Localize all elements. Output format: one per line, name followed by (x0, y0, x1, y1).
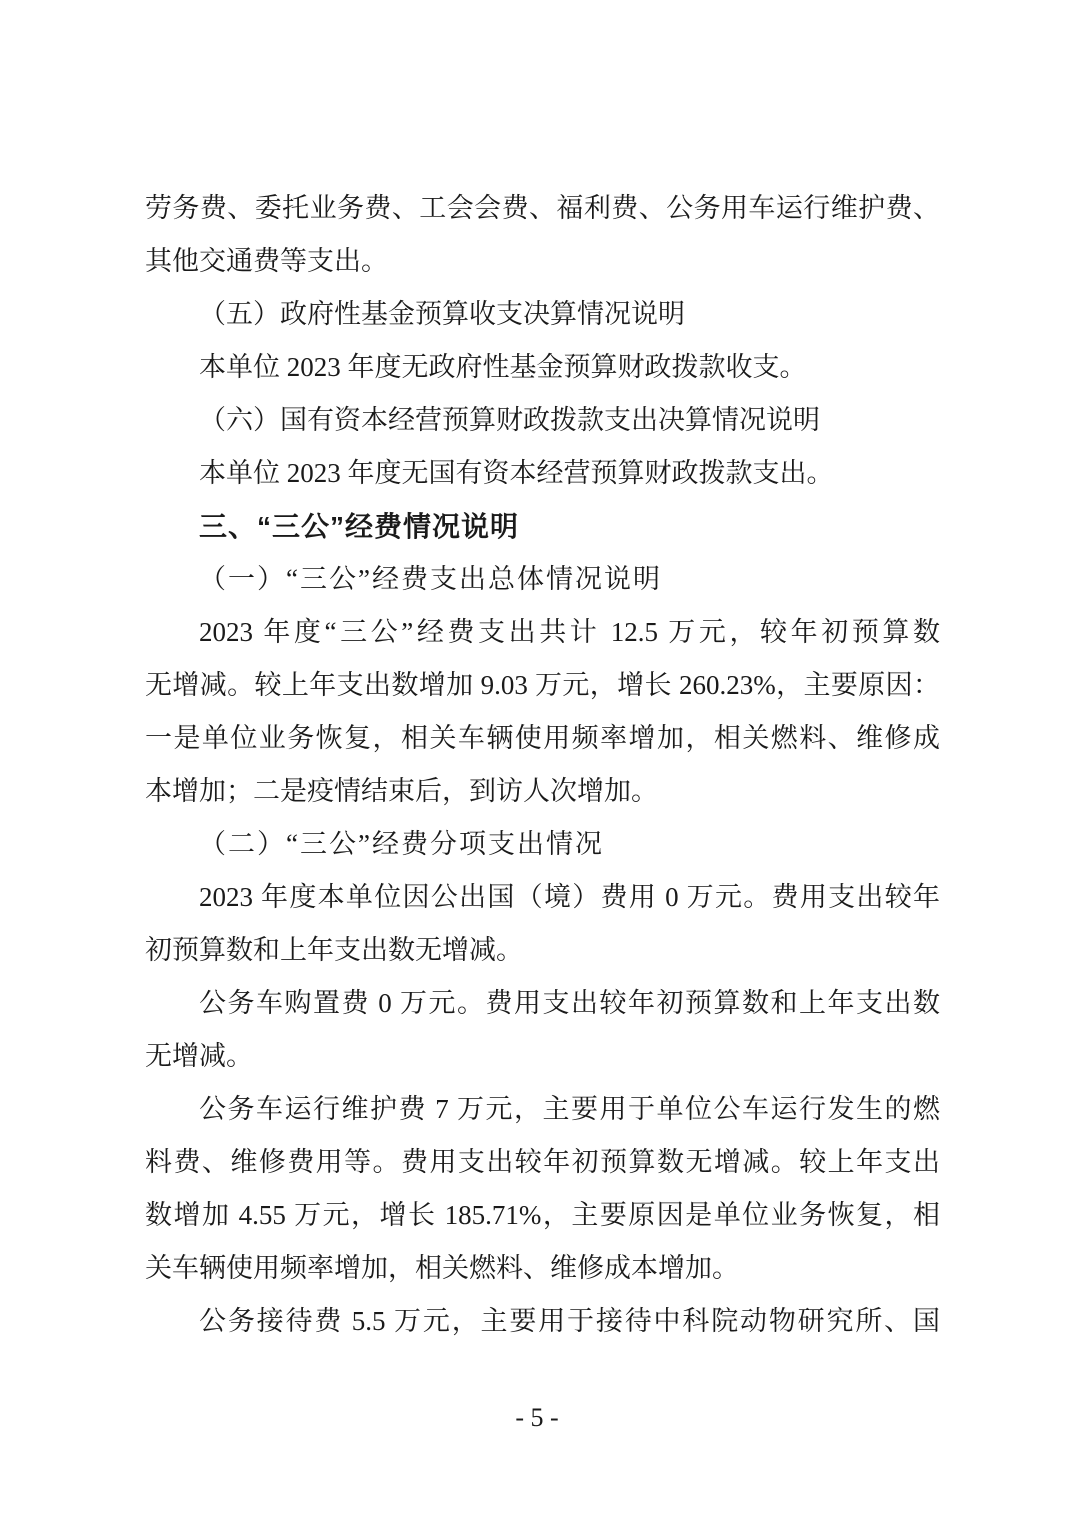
text-line: 本增加；二是疫情结束后，到访人次增加。 (145, 765, 940, 818)
text-line: 公务接待费 5.5 万元，主要用于接待中科院动物研究所、国 (145, 1295, 940, 1348)
text-line: （六）国有资本经营预算财政拨款支出决算情况说明 (145, 394, 940, 447)
page-number: - 5 - (515, 1403, 558, 1432)
text-line: 初预算数和上年支出数无增减。 (145, 924, 940, 977)
text-line: 公务车运行维护费 7 万元，主要用于单位公车运行发生的燃 (145, 1083, 940, 1136)
text-line: 公务车购置费 0 万元。费用支出较年初预算数和上年支出数 (145, 977, 940, 1030)
text-line: （一）“三公”经费支出总体情况说明 (145, 553, 940, 606)
text-line: 无增减。 (145, 1030, 940, 1083)
text-line: 数增加 4.55 万元，增长 185.71%，主要原因是单位业务恢复，相 (145, 1189, 940, 1242)
text-line: （五）政府性基金预算收支决算情况说明 (145, 288, 940, 341)
text-line: 劳务费、委托业务费、工会会费、福利费、公务用车运行维护费、 (145, 182, 940, 235)
document-text-block: 劳务费、委托业务费、工会会费、福利费、公务用车运行维护费、其他交通费等支出。（五… (145, 182, 940, 1348)
text-line: 2023 年度本单位因公出国（境）费用 0 万元。费用支出较年 (145, 871, 940, 924)
text-line: 关车辆使用频率增加，相关燃料、维修成本增加。 (145, 1242, 940, 1295)
text-line: 本单位 2023 年度无政府性基金预算财政拨款收支。 (145, 341, 940, 394)
page-footer: - 5 - (0, 1398, 1074, 1438)
text-line: 料费、维修费用等。费用支出较年初预算数无增减。较上年支出 (145, 1136, 940, 1189)
text-line: 2023 年度“三公”经费支出共计 12.5 万元，较年初预算数 (145, 606, 940, 659)
text-line: （二）“三公”经费分项支出情况 (145, 818, 940, 871)
text-line: 无增减。较上年支出数增加 9.03 万元，增长 260.23%，主要原因： (145, 659, 940, 712)
text-line: 其他交通费等支出。 (145, 235, 940, 288)
text-line: 本单位 2023 年度无国有资本经营预算财政拨款支出。 (145, 447, 940, 500)
document-page: 劳务费、委托业务费、工会会费、福利费、公务用车运行维护费、其他交通费等支出。（五… (0, 0, 1074, 1520)
text-line: 一是单位业务恢复，相关车辆使用频率增加，相关燃料、维修成 (145, 712, 940, 765)
text-line: 三、“三公”经费情况说明 (145, 500, 940, 553)
